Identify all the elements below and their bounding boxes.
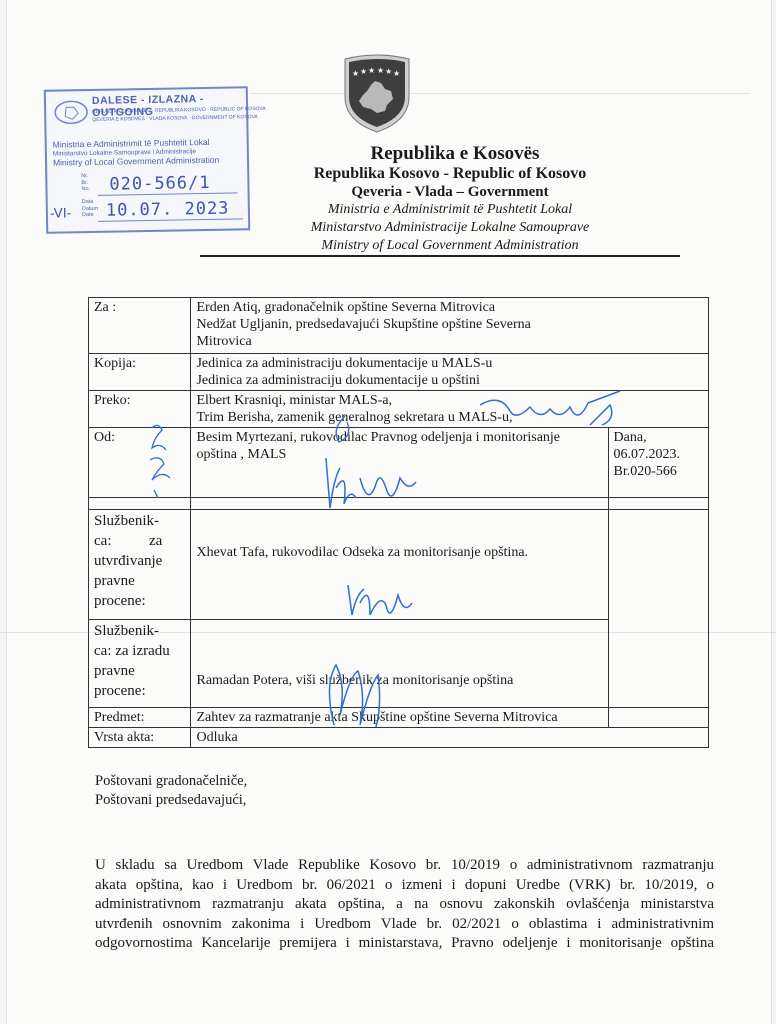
- salutation-mayor: Poštovani gradonačelniče,: [95, 773, 247, 790]
- scan-artifact: [250, 93, 750, 94]
- table-row-za: Za : Erden Atiq, gradonačelnik opštine S…: [89, 298, 709, 354]
- value-vrsta-akta: Odluka: [191, 728, 709, 748]
- stamp-side-mark: -VI-: [50, 206, 72, 221]
- svg-text:★: ★: [368, 66, 375, 75]
- header-country-sr-en: Republika Kosovo - Republic of Kosovo: [240, 165, 660, 183]
- header-ministry-en: Ministry of Local Government Administrat…: [240, 238, 660, 254]
- label-preko: Preko:: [89, 391, 191, 428]
- table-row-od: Od: Besim Myrtezani, rukovodilac Pravnog…: [89, 428, 709, 498]
- table-row-spacer: [89, 498, 709, 510]
- table-row-sluzbenik-utvrdivanje: Službenik- ca: za utvrđivanje pravne pro…: [89, 510, 709, 620]
- salutation-chair: Poštovani predsedavajući,: [95, 792, 246, 809]
- label-sluzbenik-utvrdivanje: Službenik- ca: za utvrđivanje pravne pro…: [89, 510, 191, 620]
- svg-text:★: ★: [360, 67, 367, 76]
- label-za: Za :: [89, 298, 191, 354]
- svg-text:★: ★: [352, 69, 359, 78]
- outgoing-registry-stamp: DALESE - IZLAZNA - OUTGOING REPUBLIKA E …: [44, 86, 250, 234]
- stamp-number-labels: Nr. Br. No.: [81, 173, 90, 193]
- label-predmet: Predmet:: [89, 708, 191, 728]
- date-ref-cell: Dana, 06.07.2023. Br.020-566: [608, 428, 708, 498]
- svg-text:★: ★: [385, 67, 392, 76]
- header-government: Qeveria - Vlada – Government: [240, 184, 660, 201]
- value-od: Besim Myrtezani, rukovodilac Pravnog ode…: [191, 428, 608, 498]
- value-sluzbenik-izrada: Ramadan Potera, viši službenik za monito…: [191, 620, 608, 708]
- value-kopija: Jedinica za administraciju dokumentacije…: [191, 354, 709, 391]
- label-sluzbenik-izrada: Službenik- ca: za izradu pravne procene:: [89, 620, 191, 708]
- value-za: Erden Atiq, gradonačelnik opštine Severn…: [191, 298, 709, 354]
- label-od: Od:: [89, 428, 191, 498]
- header-ministry-sq: Ministria e Administrimit të Pushtetit L…: [240, 202, 660, 218]
- header-ministry-sr: Ministarstvo Administracije Lokalne Samo…: [240, 220, 660, 236]
- stamp-date-labels: Data Datum Date: [82, 199, 99, 219]
- label-vrsta-akta: Vrsta akta:: [89, 728, 191, 748]
- table-row-vrsta-akta: Vrsta akta: Odluka: [89, 728, 709, 748]
- routing-table: Za : Erden Atiq, gradonačelnik opštine S…: [88, 297, 709, 748]
- stamp-emblem-icon: [54, 99, 88, 126]
- svg-text:★: ★: [393, 69, 400, 78]
- header-rule: [200, 255, 680, 257]
- svg-text:★: ★: [377, 66, 384, 75]
- table-row-preko: Preko: Elbert Krasniqi, ministar MALS-a,…: [89, 391, 709, 428]
- stamp-ministry-en: Ministry of Local Government Administrat…: [53, 155, 219, 168]
- value-sluzbenik-utvrdivanje: Xhevat Tafa, rukovodilac Odseka za monit…: [191, 510, 608, 620]
- table-row-kopija: Kopija: Jedinica za administraciju dokum…: [89, 354, 709, 391]
- header-country-sq: Republika e Kosovës: [245, 143, 665, 165]
- label-kopija: Kopija:: [89, 354, 191, 391]
- table-row-predmet: Predmet: Zahtev za razmatranje akta Skup…: [89, 708, 709, 728]
- stamp-date-value: 10.07. 2023: [106, 199, 230, 221]
- value-preko: Elbert Krasniqi, ministar MALS-a, Trim B…: [191, 391, 709, 428]
- body-paragraph: U skladu sa Uredbom Vlade Republike Koso…: [95, 856, 714, 954]
- stamp-number-value: 020-566/1: [109, 173, 210, 195]
- kosovo-emblem-icon: ★★★ ★★★: [341, 53, 413, 133]
- value-predmet: Zahtev za razmatranje akta Skupštine opš…: [191, 708, 608, 728]
